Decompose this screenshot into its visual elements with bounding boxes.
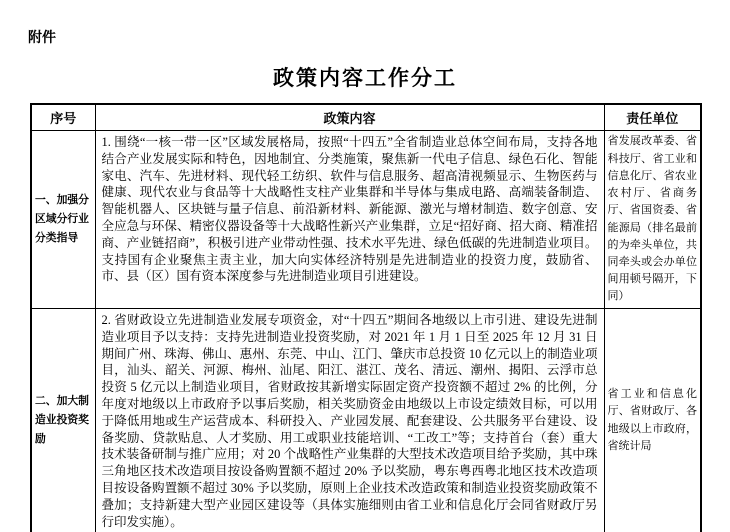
row-responsible-unit-text: 省发展改革委、省科技厅、省工业和信息化厅、省农业农村厅、省商务厅、省国资委、省能…: [608, 133, 698, 305]
table-header-row: 序号 政策内容 责任单位: [31, 104, 701, 131]
attachment-label: 附件: [28, 27, 56, 47]
row-responsible-unit-text: 省工业和信息化厅、省财政厅、各地级以上市政府，省统计局: [608, 386, 698, 455]
column-header-policy-content: 政策内容: [95, 104, 604, 131]
column-header-responsible-unit: 责任单位: [604, 104, 701, 131]
column-header-index: 序号: [31, 104, 95, 131]
policy-table: 序号 政策内容 责任单位 一、加强分区域分行业分类指导 1. 围绕“一核一带一区…: [30, 103, 702, 532]
document-page: 附件 政策内容工作分工 序号 政策内容 责任单位 一、加强分区域分行业分类指导 …: [0, 0, 730, 532]
row-index-text: 二、加大制造业投资奖励: [35, 392, 92, 449]
row-policy-content-text: 1. 围绕“一核一带一区”区域发展格局，按照“十四五”全省制造业总体空间布局，支…: [102, 134, 598, 285]
row-index-text: 一、加强分区域分行业分类指导: [35, 191, 92, 248]
row-index-cell: 二、加大制造业投资奖励: [31, 309, 95, 532]
page-title: 政策内容工作分工: [0, 62, 730, 92]
row-policy-content-text: 2. 省财政设立先进制造业发展专项资金，对“十四五”期间各地级以上市引进、建设先…: [102, 312, 598, 529]
row-responsible-unit-cell: 省工业和信息化厅、省财政厅、各地级以上市政府，省统计局: [604, 309, 701, 532]
table-row: 二、加大制造业投资奖励 2. 省财政设立先进制造业发展专项资金，对“十四五”期间…: [31, 309, 701, 532]
table-row: 一、加强分区域分行业分类指导 1. 围绕“一核一带一区”区域发展格局，按照“十四…: [31, 131, 701, 309]
row-policy-content-cell: 2. 省财政设立先进制造业发展专项资金，对“十四五”期间各地级以上市引进、建设先…: [95, 309, 604, 532]
row-policy-content-cell: 1. 围绕“一核一带一区”区域发展格局，按照“十四五”全省制造业总体空间布局，支…: [95, 131, 604, 309]
row-responsible-unit-cell: 省发展改革委、省科技厅、省工业和信息化厅、省农业农村厅、省商务厅、省国资委、省能…: [604, 131, 701, 309]
row-index-cell: 一、加强分区域分行业分类指导: [31, 131, 95, 309]
